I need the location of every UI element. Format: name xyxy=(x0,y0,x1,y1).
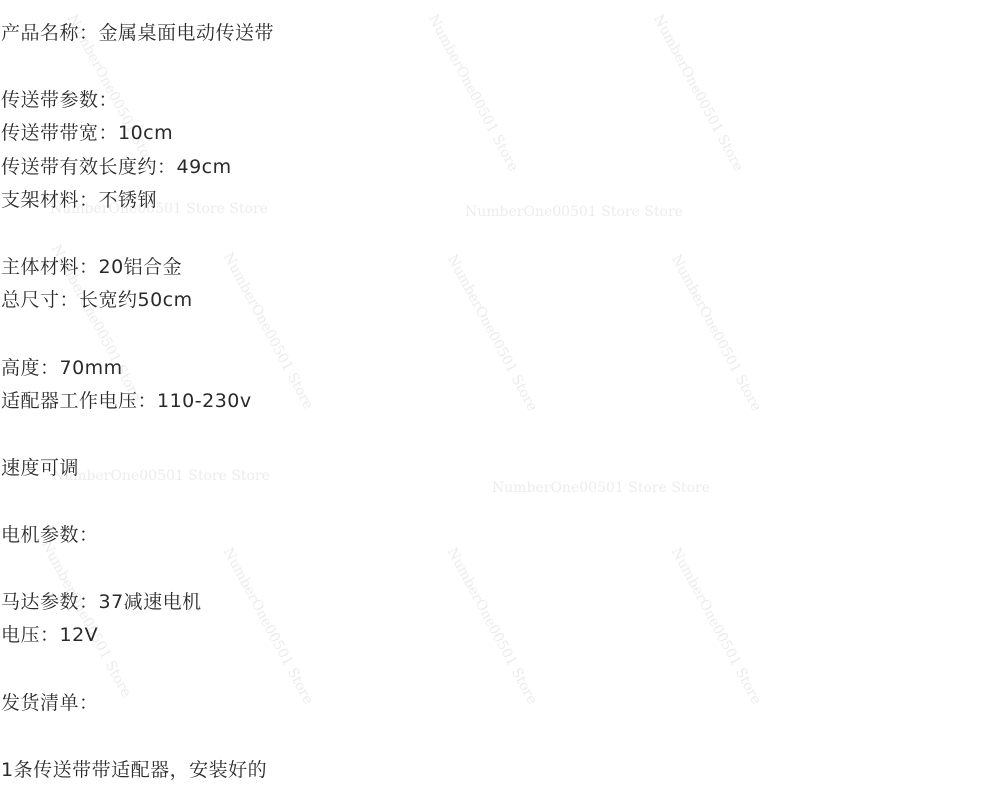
belt-params-heading: 传送带参数： xyxy=(1,88,118,112)
packing-list-heading: 发货清单： xyxy=(1,691,99,715)
body-material-line: 主体材料：20铝合金 xyxy=(1,255,182,279)
belt-length-line: 传送带有效长度约：49cm xyxy=(1,155,232,179)
belt-width-line: 传送带带宽：10cm xyxy=(1,121,173,145)
speed-adjustable-line: 速度可调 xyxy=(1,456,79,480)
motor-model-line: 马达参数：37减速电机 xyxy=(1,590,202,614)
adapter-voltage-line: 适配器工作电压：110-230v xyxy=(1,389,252,413)
motor-voltage-line: 电压：12V xyxy=(1,623,98,647)
height-line: 高度：70mm xyxy=(1,356,123,380)
product-name-line: 产品名称：金属桌面电动传送带 xyxy=(1,21,274,45)
packing-list-item: 1条传送带带适配器，安装好的 xyxy=(1,758,267,782)
motor-params-heading: 电机参数： xyxy=(1,523,99,547)
product-spec-document: 产品名称：金属桌面电动传送带 传送带参数： 传送带带宽：10cm 传送带有效长度… xyxy=(0,0,987,800)
frame-material-line: 支架材料：不锈钢 xyxy=(1,188,157,212)
overall-size-line: 总尺寸：长宽约50cm xyxy=(1,288,193,312)
